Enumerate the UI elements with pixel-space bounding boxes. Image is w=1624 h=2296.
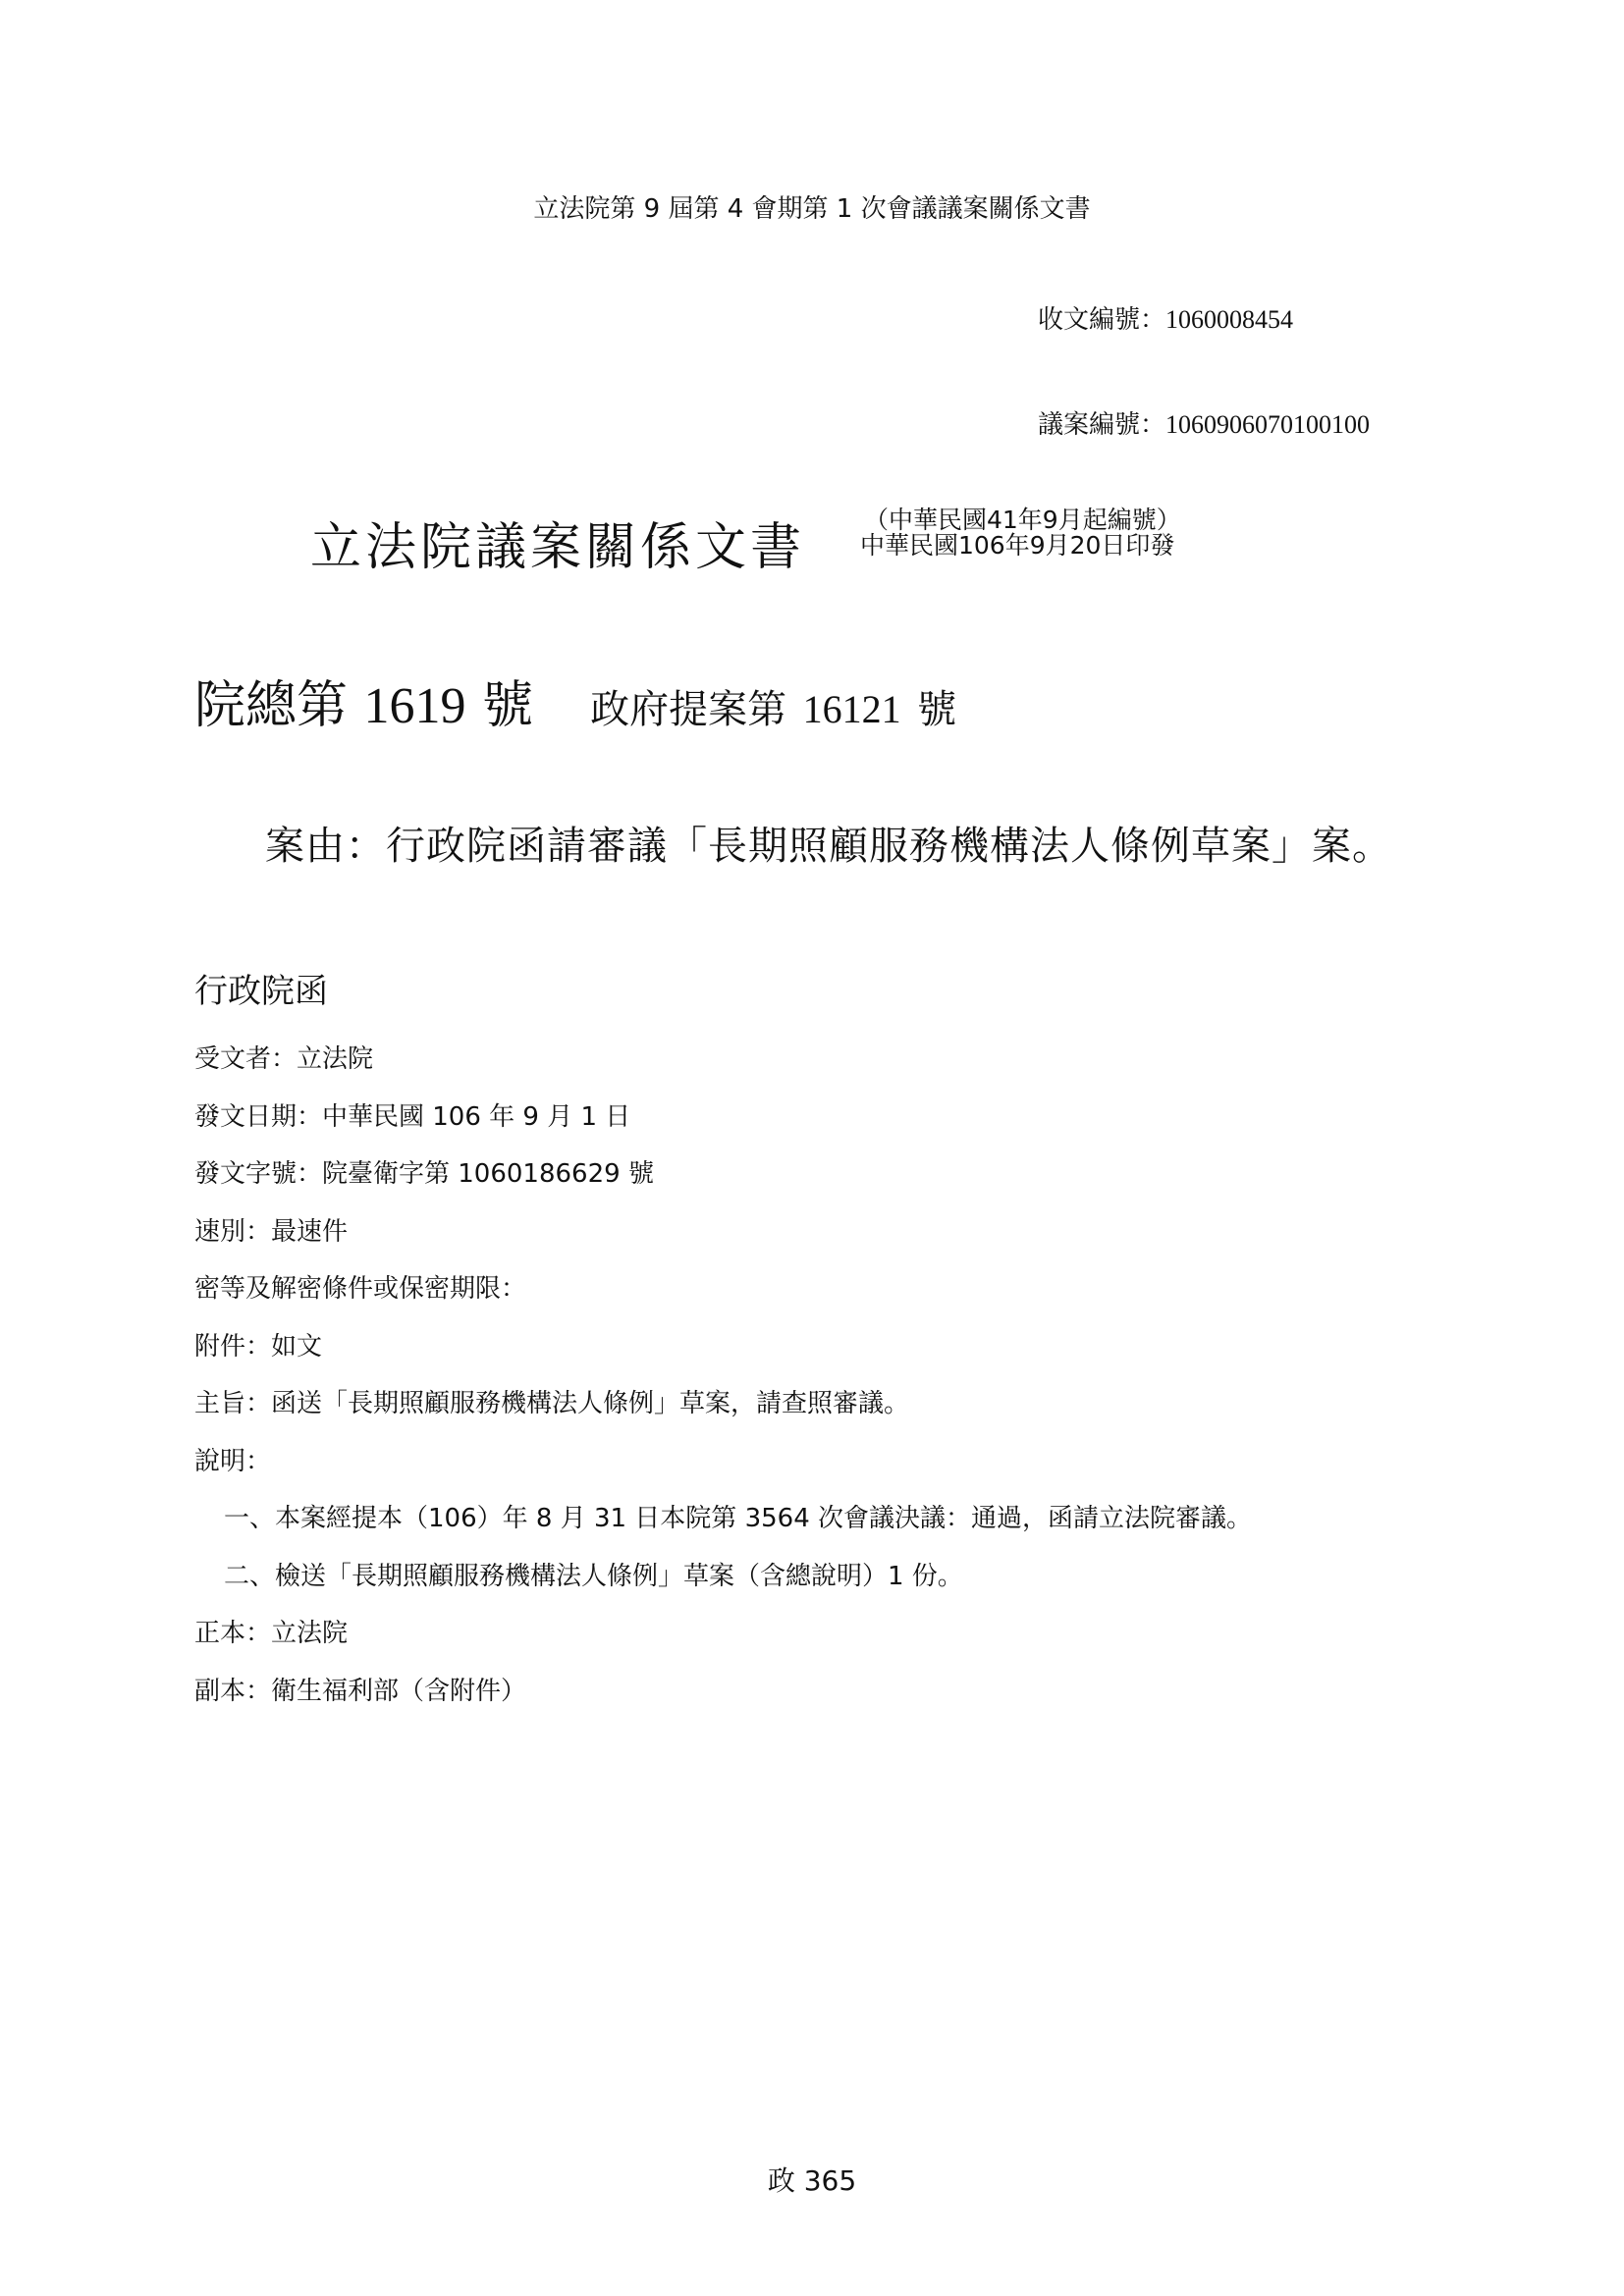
gov-proposal-suffix: 號 [917, 687, 956, 732]
bill-number-line: 議案編號：1060906070100100 [1038, 404, 1370, 441]
field-explanation-label: 說明： [194, 1445, 1252, 1503]
field-document-number: 發文字號：院臺衛字第 1060186629 號 [194, 1157, 1252, 1215]
field-urgency: 速別：最速件 [194, 1215, 1252, 1273]
receipt-number-line: 收文編號：1060008454 [1038, 299, 1293, 336]
field-purpose: 主旨：函送「長期照顧服務機構法人條例」草案，請查照審議。 [194, 1387, 1252, 1445]
field-recipient: 受文者：立法院 [194, 1042, 1252, 1100]
gov-proposal-prefix: 政府提案第 [590, 687, 786, 732]
field-issue-date: 發文日期：中華民國 106 年 9 月 1 日 [194, 1100, 1252, 1158]
print-date-note: 中華民國106年9月20日印發 [860, 533, 1181, 559]
page-number: 政 365 [0, 2160, 1624, 2199]
serial-numbers: 院總第 1619 號政府提案第 16121 號 [194, 664, 956, 737]
bill-number-value: 1060906070100100 [1165, 410, 1370, 439]
field-carbon-copy: 副本：衛生福利部（含附件） [194, 1675, 1252, 1733]
gov-proposal-number: 16121 [803, 687, 901, 731]
general-serial-prefix: 院總第 [194, 676, 348, 735]
letter-heading: 行政院函 [194, 964, 328, 1012]
receipt-number-value: 1060008454 [1165, 305, 1293, 334]
general-serial-number: 1619 [364, 678, 466, 734]
general-serial-suffix: 號 [482, 676, 533, 735]
document-title: 立法院議案關係文書 [310, 506, 805, 579]
numbering-note: （中華民國41年9月起編號） [864, 507, 1181, 533]
subject-line: 案由：行政院函請審議「長期照顧服務機構法人條例草案」案。 [265, 815, 1392, 871]
title-side-note: （中華民國41年9月起編號） 中華民國106年9月20日印發 [864, 507, 1181, 559]
field-classification: 密等及解密條件或保密期限： [194, 1272, 1252, 1330]
field-attachment: 附件：如文 [194, 1330, 1252, 1388]
receipt-number-label: 收文編號： [1038, 305, 1165, 335]
explanation-item-2: 二、檢送「長期照顧服務機構法人條例」草案（含總說明）1 份。 [194, 1560, 1252, 1618]
explanation-item-1: 一、本案經提本（106）年 8 月 31 日本院第 3564 次會議決議：通過，… [194, 1502, 1252, 1560]
field-original-copy: 正本：立法院 [194, 1617, 1252, 1675]
letter-fields: 受文者：立法院 發文日期：中華民國 106 年 9 月 1 日 發文字號：院臺衛… [194, 1042, 1252, 1732]
session-header: 立法院第 9 屆第 4 會期第 1 次會議議案關係文書 [0, 188, 1624, 225]
bill-number-label: 議案編號： [1038, 410, 1165, 440]
